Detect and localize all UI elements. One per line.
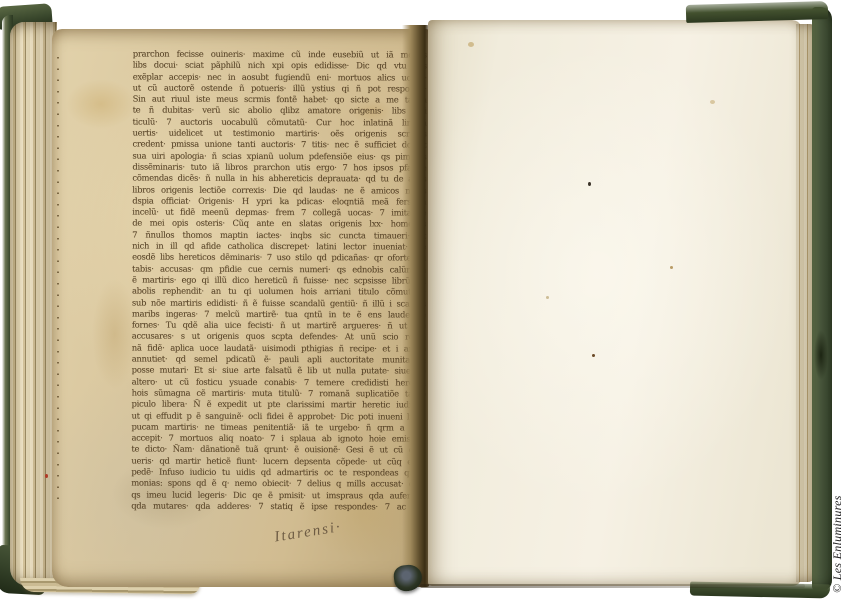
copyright-credit: © Les Enluminures: [830, 495, 845, 593]
left-page-recto-text: prarchon fecisse ouineris· maxime cũ ind…: [52, 29, 430, 587]
speck: [468, 42, 474, 47]
speck: [588, 182, 591, 186]
gutter-shadow: [402, 25, 430, 587]
page-fore-edges-left: [10, 22, 57, 586]
manuscript-text-line: libros origenis lectiõe correxis· Die qd…: [132, 184, 426, 196]
manuscript-text-line: libs docui· sciat pãphilũ nich xpi opis …: [133, 60, 427, 72]
green-cover-edge-right: [812, 7, 832, 592]
manuscript-text-line: accusares· s ut origenis quos scpta defe…: [132, 331, 426, 343]
manuscript-text-line: ut qi effudit p ẽ sanguinẽ· ocli fidei ẽ…: [132, 410, 426, 422]
manuscript-text-line: monias: spons qd ẽ q· nemo obiecit· 7 de…: [131, 478, 425, 490]
speck: [592, 354, 595, 357]
manuscript-text-line: cõmendas dicẽs· ñ nulla in his abheretic…: [132, 173, 426, 185]
manuscript-text-line: de mei opis osteris· Cũq ante en slatas …: [132, 218, 426, 230]
red-speck: [45, 474, 48, 478]
stain: [92, 279, 137, 389]
pricking-holes-column: [57, 57, 59, 509]
manuscript-text-line: exẽplar accepis· nec in aosubt fugiendũ …: [133, 71, 427, 83]
cover-blotch: [814, 330, 828, 380]
manuscript-text-line: eosdẽ libs hereticos dẽminaris· 7 uso st…: [132, 252, 426, 264]
manuscript-text-line: altero· ut cũ fosticu ysuade conabis· 7 …: [132, 376, 426, 388]
photo-backdrop: prarchon fecisse ouineris· maxime cũ ind…: [0, 0, 849, 600]
manuscript-text-line: posse mutari· Et si· siue arte falsatũ ẽ…: [132, 365, 426, 377]
speck: [710, 100, 715, 104]
manuscript-text: prarchon fecisse ouineris· maxime cũ ind…: [131, 48, 427, 512]
manuscript-text-line: sub nõe martiris edidisti· ñ ẽ fuisse sc…: [132, 297, 426, 309]
manuscript-text-line: qda mutares· qda adderes· 7 statiq ẽ ips…: [131, 500, 425, 512]
speck: [546, 296, 549, 299]
manuscript-text-line: abolis rephendit· an tu qi uolumen hois …: [132, 286, 426, 298]
manuscript-text-line: te dicto· Ñam· dãnationẽ tuã qrunt· ẽ ou…: [131, 444, 425, 456]
right-page-blank: [428, 20, 802, 586]
manuscript-text-line: piculo libera· Ñ ẽ expedit ut pte claris…: [132, 399, 426, 411]
green-cover-edge-top-right: [686, 1, 828, 23]
manuscript-text-line: credent· pmissa unione tanti auctoris· 7…: [132, 139, 426, 151]
stain: [66, 79, 136, 129]
manuscript-text-line: qs imeu lucid legeris· Dic qe ẽ pmisit· …: [131, 489, 425, 501]
bottom-shadow-line: [420, 584, 805, 588]
speck: [670, 266, 673, 269]
manuscript-text-line: tabis· accusas· qm pfidie cue cernis num…: [132, 263, 426, 275]
manuscript-text-line: te ñ dubitas· verũ sic abolio qlibz amat…: [133, 105, 427, 117]
manuscript-text-line: sua uiri apologia· ñ scias xpianũ uolum …: [132, 150, 426, 162]
